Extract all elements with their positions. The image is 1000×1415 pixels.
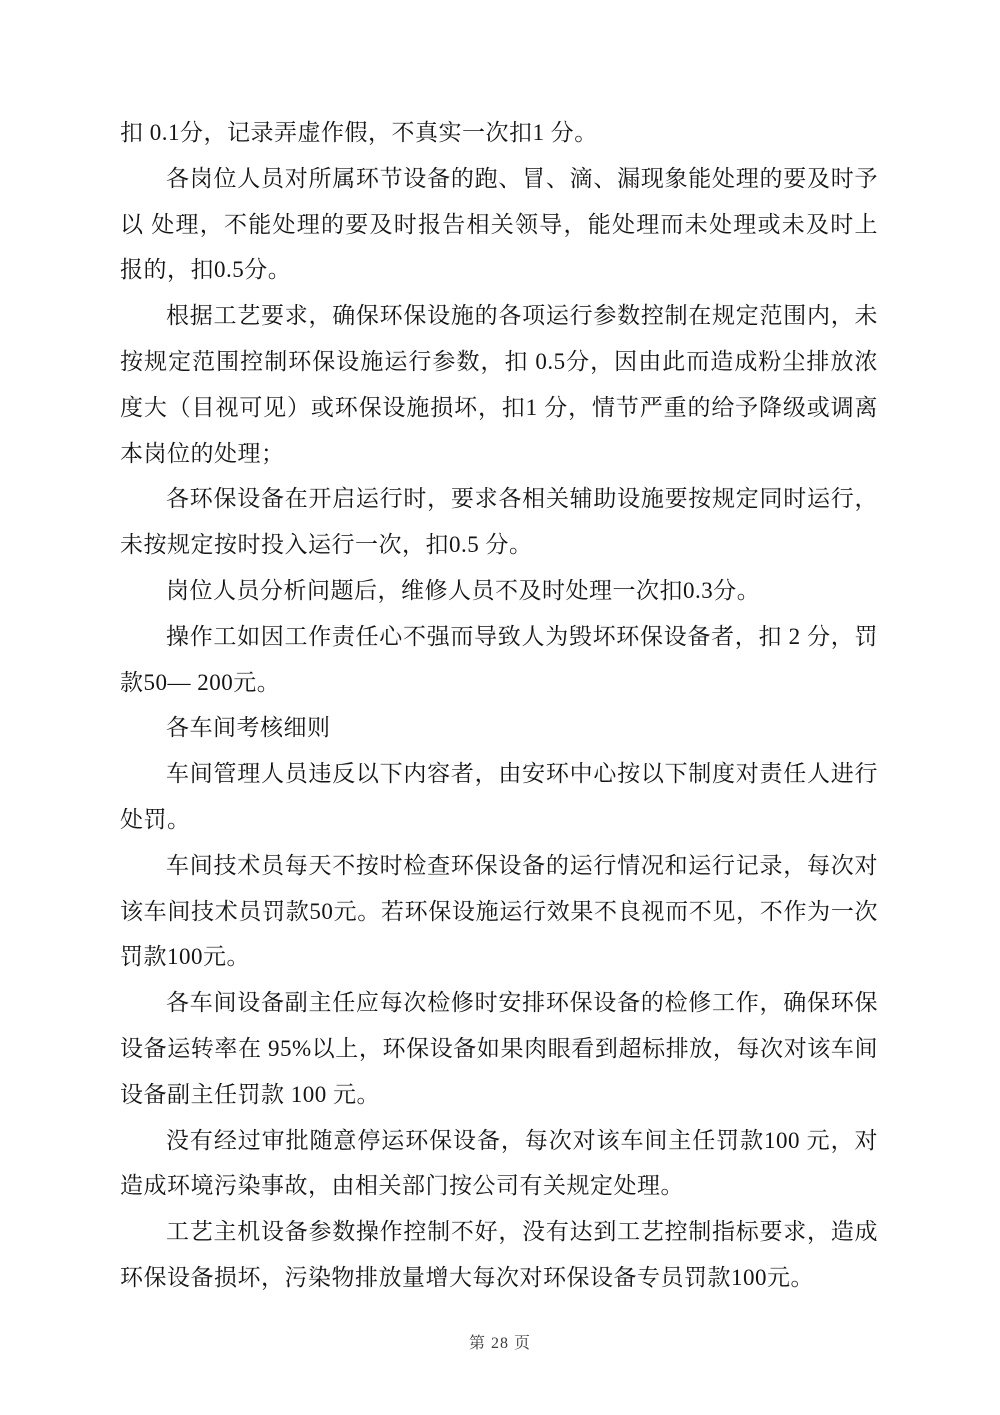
- text-line: 各环保设备在开启运行时，要求各相关辅助设施要按规定同时运行，: [120, 476, 878, 522]
- text-line: 未按规定按时投入运行一次，扣0.5 分。: [120, 522, 878, 568]
- text-line: 各岗位人员对所属环节设备的跑、冒、滴、漏现象能处理的要及时予: [120, 156, 878, 202]
- text-line: 环保设备损坏，污染物排放量增大每次对环保设备专员罚款100元。: [120, 1255, 878, 1301]
- text-line: 车间管理人员违反以下内容者，由安环中心按以下制度对责任人进行: [120, 751, 878, 797]
- text-line: 罚款100元。: [120, 934, 878, 980]
- text-line: 报的，扣0.5分。: [120, 247, 878, 293]
- text-line: 处罚。: [120, 797, 878, 843]
- text-line: 本岗位的处理；: [120, 431, 878, 477]
- text-line: 各车间设备副主任应每次检修时安排环保设备的检修工作，确保环保: [120, 980, 878, 1026]
- text-line: 操作工如因工作责任心不强而导致人为毁坏环保设备者，扣 2 分，罚: [120, 614, 878, 660]
- text-line: 没有经过审批随意停运环保设备，每次对该车间主任罚款100 元，对: [120, 1118, 878, 1164]
- text-line: 车间技术员每天不按时检查环保设备的运行情况和运行记录，每次对: [120, 843, 878, 889]
- page-footer: 第 28 页: [0, 1330, 1000, 1353]
- text-line: 工艺主机设备参数操作控制不好，没有达到工艺控制指标要求，造成: [120, 1209, 878, 1255]
- text-line: 各车间考核细则: [120, 705, 878, 751]
- text-line: 按规定范围控制环保设施运行参数，扣 0.5分，因由此而造成粉尘排放浓: [120, 339, 878, 385]
- text-line: 根据工艺要求，确保环保设施的各项运行参数控制在规定范围内，未: [120, 293, 878, 339]
- text-line: 度大（目视可见）或环保设施损坏，扣1 分，情节严重的给予降级或调离: [120, 385, 878, 431]
- text-line: 设备副主任罚款 100 元。: [120, 1072, 878, 1118]
- text-line: 设备运转率在 95%以上，环保设备如果肉眼看到超标排放，每次对该车间: [120, 1026, 878, 1072]
- text-line: 造成环境污染事故，由相关部门按公司有关规定处理。: [120, 1163, 878, 1209]
- text-line: 款50— 200元。: [120, 660, 878, 706]
- document-page: 扣 0.1分，记录弄虚作假，不真实一次扣1 分。 各岗位人员对所属环节设备的跑、…: [0, 0, 1000, 1415]
- page-number: 第 28 页: [469, 1335, 531, 1352]
- text-line: 扣 0.1分，记录弄虚作假，不真实一次扣1 分。: [120, 110, 878, 156]
- text-line: 该车间技术员罚款50元。若环保设施运行效果不良视而不见，不作为一次: [120, 889, 878, 935]
- document-body: 扣 0.1分，记录弄虚作假，不真实一次扣1 分。 各岗位人员对所属环节设备的跑、…: [120, 110, 878, 1301]
- text-line: 岗位人员分析问题后，维修人员不及时处理一次扣0.3分。: [120, 568, 878, 614]
- text-line: 以 处理，不能处理的要及时报告相关领导，能处理而未处理或未及时上: [120, 202, 878, 248]
